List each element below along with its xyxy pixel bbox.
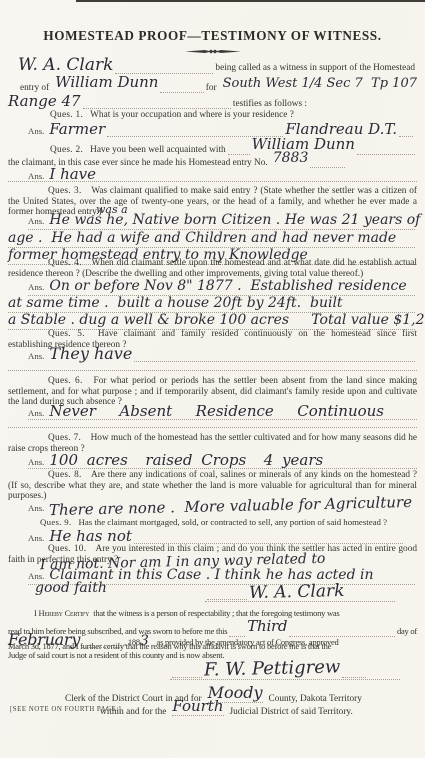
separator-rule xyxy=(8,427,417,428)
q7-label: Ques. 7. xyxy=(48,433,81,443)
ans-label: Ans. xyxy=(28,216,44,226)
cert-line-1: I Hereby Certify that the witness is a p… xyxy=(8,608,421,618)
claimant-name-handwriting: William Dunn xyxy=(55,73,158,91)
question-4: Ques. 4. When did claimant settle upon t… xyxy=(8,258,417,279)
ans-label: Ans. xyxy=(28,533,44,543)
clerk-signature-row: F. W. Pettigrew xyxy=(170,658,400,680)
answer-4-line-3: a Stable . dug a well & broke 100 acres … xyxy=(8,312,415,330)
q10-label: Ques. 10. xyxy=(48,544,86,554)
answer-4-line-2: at same time . built a house 20ft by 24f… xyxy=(8,295,415,313)
fourth-page-note: [SEE NOTE ON FOURTH PAGE.] xyxy=(10,706,121,713)
a4-handwriting-3: a Stable . dug a well & broke 100 acres … xyxy=(8,312,425,328)
ans-label: Ans. xyxy=(28,282,44,292)
clerk-signature-handwriting: F. W. Pettigrew xyxy=(204,656,341,680)
ans-label: Ans. xyxy=(28,126,44,136)
a10-handwriting-3: good faith xyxy=(35,580,107,596)
district-handwriting: Fourth xyxy=(172,697,223,716)
a3-handwriting-2: age . He had a wife and Children and had… xyxy=(8,230,396,246)
dotted-leader xyxy=(134,351,415,362)
dotted-leader xyxy=(134,533,403,544)
dotted-leader xyxy=(399,126,413,137)
q5-label: Ques. 5. xyxy=(48,329,85,339)
answer-10-line-3: good faith xyxy=(35,580,107,596)
answer-8: Ans. There are none . More valuable for … xyxy=(28,497,417,515)
q6-label: Ques. 6. xyxy=(48,376,83,386)
a5-handwriting: They have xyxy=(49,344,132,363)
dotted-leader xyxy=(83,98,231,109)
a4-handwriting-1: On or before Nov 8" 1877 . Established r… xyxy=(49,278,406,294)
witness-signature-handwriting: W. A. Clark xyxy=(249,581,345,603)
page-title: HOMESTEAD PROOF—TESTIMONY OF WITNESS. xyxy=(0,28,425,44)
range-handwriting: Range 47 xyxy=(8,92,81,110)
clerk-title-line-2: within and for the Fourth Judicial Distr… xyxy=(100,700,417,719)
dotted-leader xyxy=(342,667,366,678)
dotted-leader xyxy=(357,144,415,155)
witness-name-handwriting: W. A. Clark xyxy=(18,55,113,75)
ans-label: Ans. xyxy=(28,351,44,361)
intro-line-1: W. A. Clark being called as a witness in… xyxy=(18,55,415,75)
answer-7: Ans. 100 acres raised Crops 4 years xyxy=(28,451,417,469)
ans-label: Ans. xyxy=(28,503,44,513)
a6-handwriting: Never Absent Residence Continuous xyxy=(49,402,384,420)
q9-label: Ques. 9. xyxy=(40,517,71,527)
land-description-handwriting: South West 1/4 Sec 7 Tp 107 xyxy=(223,76,417,91)
question-9: Ques. 9. Has the claimant mortgaged, sol… xyxy=(40,517,421,527)
q8-label: Ques. 8. xyxy=(48,470,82,480)
answer-9: Ans. He has not xyxy=(28,527,405,545)
a4-handwriting-2: at same time . built a house 20ft by 24f… xyxy=(8,295,343,311)
answer-3-line-1: Ans. He was he, Native born Citizen . He… xyxy=(28,212,415,230)
a7-handwriting: 100 acres raised Crops 4 years xyxy=(49,451,323,469)
a3-handwriting-1: He was he, Native born Citizen . He was … xyxy=(49,212,420,228)
divider-rule xyxy=(185,48,241,55)
homestead-proof-document: HOMESTEAD PROOF—TESTIMONY OF WITNESS. W.… xyxy=(0,0,425,758)
testifies-text: testifies as follows : xyxy=(233,99,307,109)
ans-label: Ans. xyxy=(28,171,44,181)
ans-label: Ans. xyxy=(28,408,44,418)
clerk-text-2b: Judicial District of said Territory. xyxy=(230,707,353,717)
ans-label: Ans. xyxy=(28,457,44,467)
answer-5: Ans. They have xyxy=(28,344,417,363)
entry-number-handwriting: 7883 xyxy=(273,150,309,166)
answer-4-line-1: Ans. On or before Nov 8" 1877 . Establis… xyxy=(28,278,415,296)
a9-handwriting: He has not xyxy=(49,527,132,545)
separator-rule xyxy=(8,181,417,182)
intro-line-3: Range 47 testifies as follows : xyxy=(8,92,307,110)
separator-rule xyxy=(8,370,417,371)
cert-text-1: that the witness is a person of respecta… xyxy=(93,608,339,618)
dotted-leader xyxy=(172,667,202,678)
intro-called-text: being called as a witness in support of … xyxy=(215,63,415,73)
answer-6: Ans. Never Absent Residence Continuous xyxy=(28,402,417,420)
answer-1: Ans. Farmer Flandreau D.T. xyxy=(28,120,415,138)
scan-edge-line xyxy=(76,0,425,2)
answer-3-line-2: age . He had a wife and Children and had… xyxy=(8,230,415,248)
q9-text: Has the claimant mortgaged, sold, or con… xyxy=(78,517,387,527)
cert-intro-smallcaps: I Hereby Certify xyxy=(34,608,89,618)
q3-label: Ques. 3. xyxy=(48,186,82,196)
witness-signature-row: W. A. Clark xyxy=(205,582,395,602)
dotted-leader xyxy=(207,589,247,600)
question-1: Ques. 1. What is your occupation and whe… xyxy=(50,110,294,120)
q4-label: Ques. 4. xyxy=(48,258,82,268)
a8-handwriting: There are none . More valuable for Agric… xyxy=(49,493,412,519)
q1-label: Ques. 1. xyxy=(50,110,83,120)
q1-text: What is your occupation and where is you… xyxy=(90,110,294,120)
a1-occupation-handwriting: Farmer xyxy=(49,120,105,138)
